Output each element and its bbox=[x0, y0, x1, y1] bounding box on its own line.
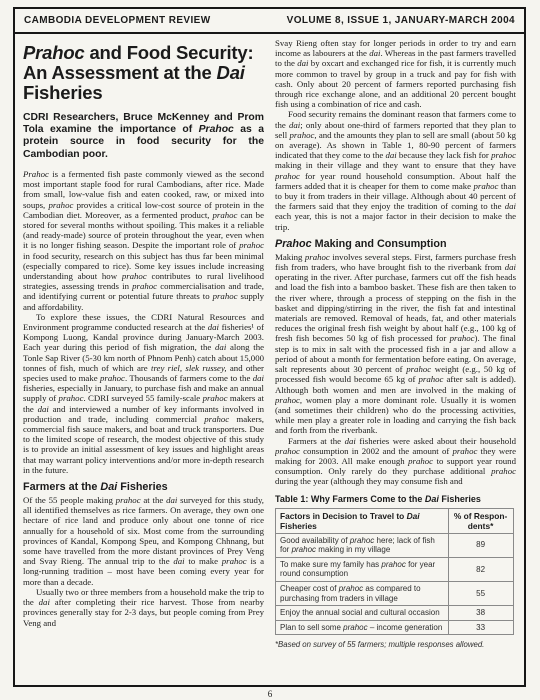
paragraph-farmers-profile: Of the 55 people making prahoc at the da… bbox=[23, 495, 264, 587]
table1-row5-pct: 33 bbox=[448, 620, 513, 635]
table1-header-row: Factors in Decision to Travel to Dai Fis… bbox=[276, 508, 514, 533]
table1-caption: Table 1: Why Farmers Come to the Dai Fis… bbox=[275, 494, 516, 504]
page-border-frame: CAMBODIA DEVELOPMENT REVIEW VOLUME 8, IS… bbox=[13, 7, 526, 687]
two-column-content: Prahoc and Food Security: An Assessment … bbox=[15, 34, 524, 685]
table1-row5-factor: Plan to sell some prahoc – income genera… bbox=[276, 620, 449, 635]
publication-title: CAMBODIA DEVELOPMENT REVIEW bbox=[24, 15, 211, 26]
paragraph-trip-members: Usually two or three members from a hous… bbox=[23, 587, 264, 628]
table-row: Good availability of prahoc here; lack o… bbox=[276, 533, 514, 557]
paragraph-food-security-reason: Food security remains the dominant reaso… bbox=[275, 109, 516, 231]
table1-row1-pct: 89 bbox=[448, 533, 513, 557]
table-row: Plan to sell some prahoc – income genera… bbox=[276, 620, 514, 635]
article-standfirst: CDRI Researchers, Bruce McKenney and Pro… bbox=[23, 112, 264, 161]
table1-header-factor: Factors in Decision to Travel to Dai Fis… bbox=[276, 508, 449, 533]
issue-info: VOLUME 8, ISSUE 1, JANUARY-MARCH 2004 bbox=[287, 15, 515, 26]
section-heading-making-consumption: Prahoc Making and Consumption bbox=[275, 238, 516, 250]
paragraph-consumption-survey: Farmers at the dai fisheries were asked … bbox=[275, 436, 516, 487]
table1-row3-factor: Cheaper cost of prahoc as compared to pu… bbox=[276, 582, 449, 606]
page-number: 6 bbox=[0, 689, 540, 699]
table1-row1-factor: Good availability of prahoc here; lack o… bbox=[276, 533, 449, 557]
article-title: Prahoc and Food Security: An Assessment … bbox=[23, 43, 264, 103]
table-row: To make sure my family has prahoc for ye… bbox=[276, 557, 514, 581]
table1-footnote: *Based on survey of 55 farmers; multiple… bbox=[275, 640, 516, 649]
table1-row4-pct: 38 bbox=[448, 606, 513, 621]
table1-block: Table 1: Why Farmers Come to the Dai Fis… bbox=[275, 494, 516, 650]
table-row: Enjoy the annual social and cultural occ… bbox=[276, 606, 514, 621]
paragraph-travel-payment: Svay Rieng often stay for longer periods… bbox=[275, 38, 516, 109]
table1: Factors in Decision to Travel to Dai Fis… bbox=[275, 508, 514, 636]
table1-header-pct: % of Respon-dents* bbox=[448, 508, 513, 533]
left-column: Prahoc and Food Security: An Assessment … bbox=[23, 38, 264, 683]
section-heading-farmers: Farmers at the Dai Fisheries bbox=[23, 481, 264, 493]
masthead: CAMBODIA DEVELOPMENT REVIEW VOLUME 8, IS… bbox=[15, 9, 524, 34]
scanned-page: CAMBODIA DEVELOPMENT REVIEW VOLUME 8, IS… bbox=[0, 0, 540, 700]
table1-row2-factor: To make sure my family has prahoc for ye… bbox=[276, 557, 449, 581]
paragraph-making-steps: Making prahoc involves several steps. Fi… bbox=[275, 252, 516, 436]
table1-row3-pct: 55 bbox=[448, 582, 513, 606]
right-column: Svay Rieng often stay for longer periods… bbox=[275, 38, 516, 683]
table1-row2-pct: 82 bbox=[448, 557, 513, 581]
table-row: Cheaper cost of prahoc as compared to pu… bbox=[276, 582, 514, 606]
paragraph-intro: Prahoc is a fermented fish paste commonl… bbox=[23, 169, 264, 312]
paragraph-research-scope: To explore these issues, the CDRI Natura… bbox=[23, 312, 264, 475]
table1-row4-factor: Enjoy the annual social and cultural occ… bbox=[276, 606, 449, 621]
